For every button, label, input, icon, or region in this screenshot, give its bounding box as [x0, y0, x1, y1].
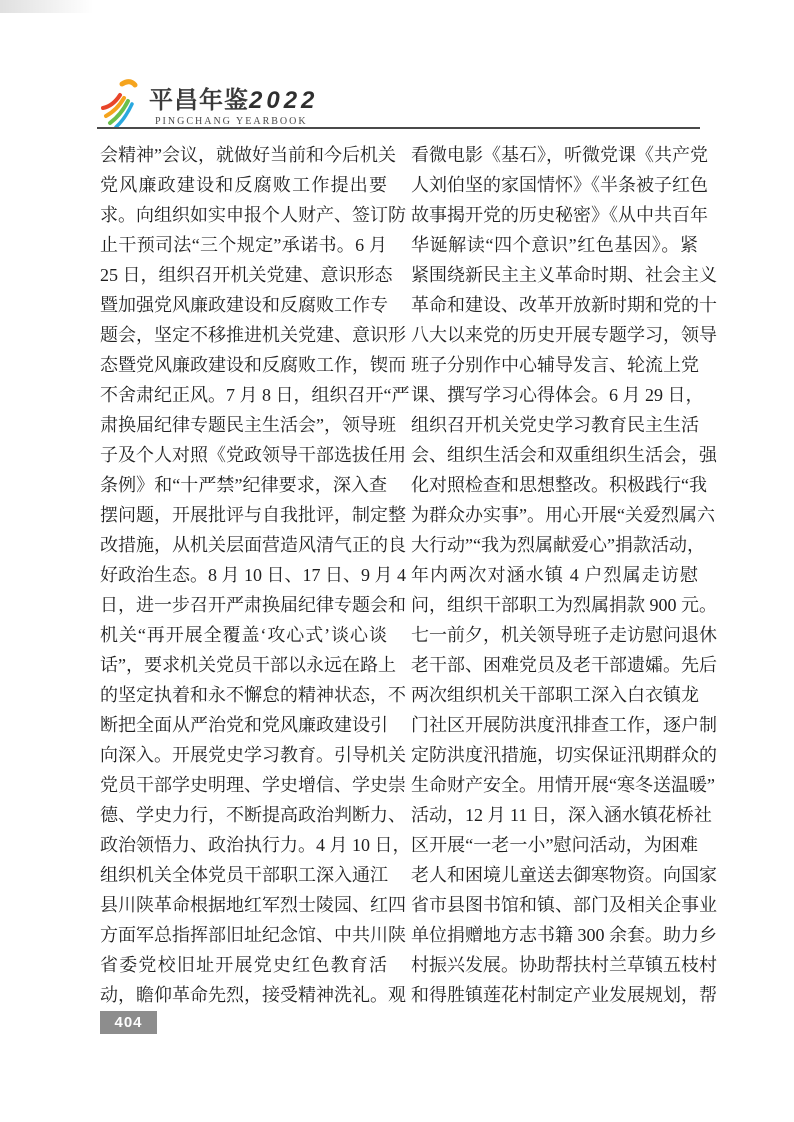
text-line: 会精神”会议，就做好当前和今后机关 [100, 140, 387, 170]
text-line: 单位捐赠地方志书籍 300 余套。助力乡 [411, 920, 698, 950]
text-line: 老干部、困难党员及老干部遗孀。先后 [411, 650, 698, 680]
text-line: 省市县图书馆和镇、部门及相关企事业 [411, 890, 698, 920]
text-line: 好政治生态。8 月 10 日、17 日、9 月 4 [100, 560, 387, 590]
text-line: 年内两次对涵水镇 4 户烈属走访慰 [411, 560, 698, 590]
text-columns: 会精神”会议，就做好当前和今后机关党风廉政建设和反腐败工作提出要求。向组织如实申… [100, 140, 698, 1010]
text-line: 机关“再开展全覆盖‘攻心式’谈心谈 [100, 620, 387, 650]
text-line: 态暨党风廉政建设和反腐败工作，锲而 [100, 350, 387, 380]
text-line: 组织机关全体党员干部职工深入通江 [100, 860, 387, 890]
text-line: 区开展“一老一小”慰问活动，为困难 [411, 830, 698, 860]
header-divider-line [97, 127, 700, 129]
text-line: 党员干部学史明理、学史增信、学史崇 [100, 770, 387, 800]
text-line: 求。向组织如实申报个人财产、签订防 [100, 200, 387, 230]
right-text-column: 看微电影《基石》，听微党课《共产党人刘伯坚的家国情怀》《半条被子红色故事揭开党的… [411, 140, 698, 1010]
text-line: 的坚定执着和永不懈怠的精神状态，不 [100, 680, 387, 710]
text-line: 方面军总指挥部旧址纪念馆、中共川陕 [100, 920, 387, 950]
page-number-badge: 404 [100, 1011, 157, 1034]
text-line: 省委党校旧址开展党史红色教育活 [100, 950, 387, 980]
logo-swoosh-icon [97, 78, 143, 128]
text-line: 八大以来党的历史开展专题学习，领导 [411, 320, 698, 350]
left-text-column: 会精神”会议，就做好当前和今后机关党风廉政建设和反腐败工作提出要求。向组织如实申… [100, 140, 387, 1010]
text-line: 县川陕革命根据地红军烈士陵园、红四 [100, 890, 387, 920]
text-line: 德、学史力行，不断提高政治判断力、 [100, 800, 387, 830]
text-line: 革命和建设、改革开放新时期和党的十 [411, 290, 698, 320]
page-header: 平昌年鉴2022 PINGCHANG YEARBOOK [97, 78, 700, 128]
text-line: 看微电影《基石》，听微党课《共产党 [411, 140, 698, 170]
text-line: 班子分别作中心辅导发言、轮流上党 [411, 350, 698, 380]
text-line: 条例》和“十严禁”纪律要求，深入查 [100, 470, 387, 500]
text-line: 摆问题，开展批评与自我批评，制定整 [100, 500, 387, 530]
yearbook-title-cn: 平昌年鉴 [149, 88, 249, 114]
text-line: 问，组织干部职工为烈属捐款 900 元。 [411, 590, 698, 620]
text-line: 日，进一步召开严肃换届纪律专题会和 [100, 590, 387, 620]
text-line: 题会，坚定不移推进机关党建、意识形 [100, 320, 387, 350]
text-line: 化对照检查和思想整改。积极践行“我 [411, 470, 698, 500]
text-line: 话”，要求机关党员干部以永远在路上 [100, 650, 387, 680]
yearbook-subtitle: PINGCHANG YEARBOOK [155, 116, 318, 127]
text-line: 老人和困境儿童送去御寒物资。向国家 [411, 860, 698, 890]
pingchang-yearbook-logo-icon [97, 78, 143, 128]
text-line: 子及个人对照《党政领导干部选拔任用 [100, 440, 387, 470]
text-line: 止干预司法“三个规定”承诺书。6 月 [100, 230, 387, 260]
text-line: 七一前夕，机关领导班子走访慰问退休 [411, 620, 698, 650]
text-line: 不舍肃纪正风。7 月 8 日，组织召开“严 [100, 380, 387, 410]
text-line: 课、撰写学习心得体会。6 月 29 日， [411, 380, 698, 410]
text-line: 暨加强党风廉政建设和反腐败工作专 [100, 290, 387, 320]
text-line: 生命财产安全。用情开展“寒冬送温暖” [411, 770, 698, 800]
text-line: 断把全面从严治党和党风廉政建设引 [100, 710, 387, 740]
text-line: 人刘伯坚的家国情怀》《半条被子红色 [411, 170, 698, 200]
text-line: 政治领悟力、政治执行力。4 月 10 日， [100, 830, 387, 860]
text-line: 大行动”“我为烈属献爱心”捐款活动， [411, 530, 698, 560]
text-line: 25 日，组织召开机关党建、意识形态 [100, 260, 387, 290]
text-line: 为群众办实事”。用心开展“关爱烈属六 [411, 500, 698, 530]
yearbook-title-block: 平昌年鉴2022 PINGCHANG YEARBOOK [149, 80, 318, 127]
text-line: 改措施，从机关层面营造风清气正的良 [100, 530, 387, 560]
yearbook-title-year: 2022 [249, 87, 318, 114]
text-line: 紧围绕新民主主义革命时期、社会主义 [411, 260, 698, 290]
text-line: 两次组织机关干部职工深入白衣镇龙 [411, 680, 698, 710]
text-line: 向深入。开展党史学习教育。引导机关 [100, 740, 387, 770]
text-line: 党风廉政建设和反腐败工作提出要 [100, 170, 387, 200]
text-line: 华诞解读“四个意识”红色基因》。紧 [411, 230, 698, 260]
scan-edge-shading [0, 0, 110, 13]
text-line: 门社区开展防洪度汛排查工作，逐户制 [411, 710, 698, 740]
text-line: 会、组织生活会和双重组织生活会，强 [411, 440, 698, 470]
text-line: 组织召开机关党史学习教育民主生活 [411, 410, 698, 440]
text-line: 定防洪度汛措施，切实保证汛期群众的 [411, 740, 698, 770]
text-line: 肃换届纪律专题民主生活会”，领导班 [100, 410, 387, 440]
text-line: 活动，12 月 11 日，深入涵水镇花桥社 [411, 800, 698, 830]
text-line: 故事揭开党的历史秘密》《从中共百年 [411, 200, 698, 230]
text-line: 和得胜镇莲花村制定产业发展规划，帮 [411, 980, 698, 1010]
text-line: 村振兴发展。协助帮扶村兰草镇五枝村 [411, 950, 698, 980]
text-line: 动，瞻仰革命先烈，接受精神洗礼。观 [100, 980, 387, 1010]
